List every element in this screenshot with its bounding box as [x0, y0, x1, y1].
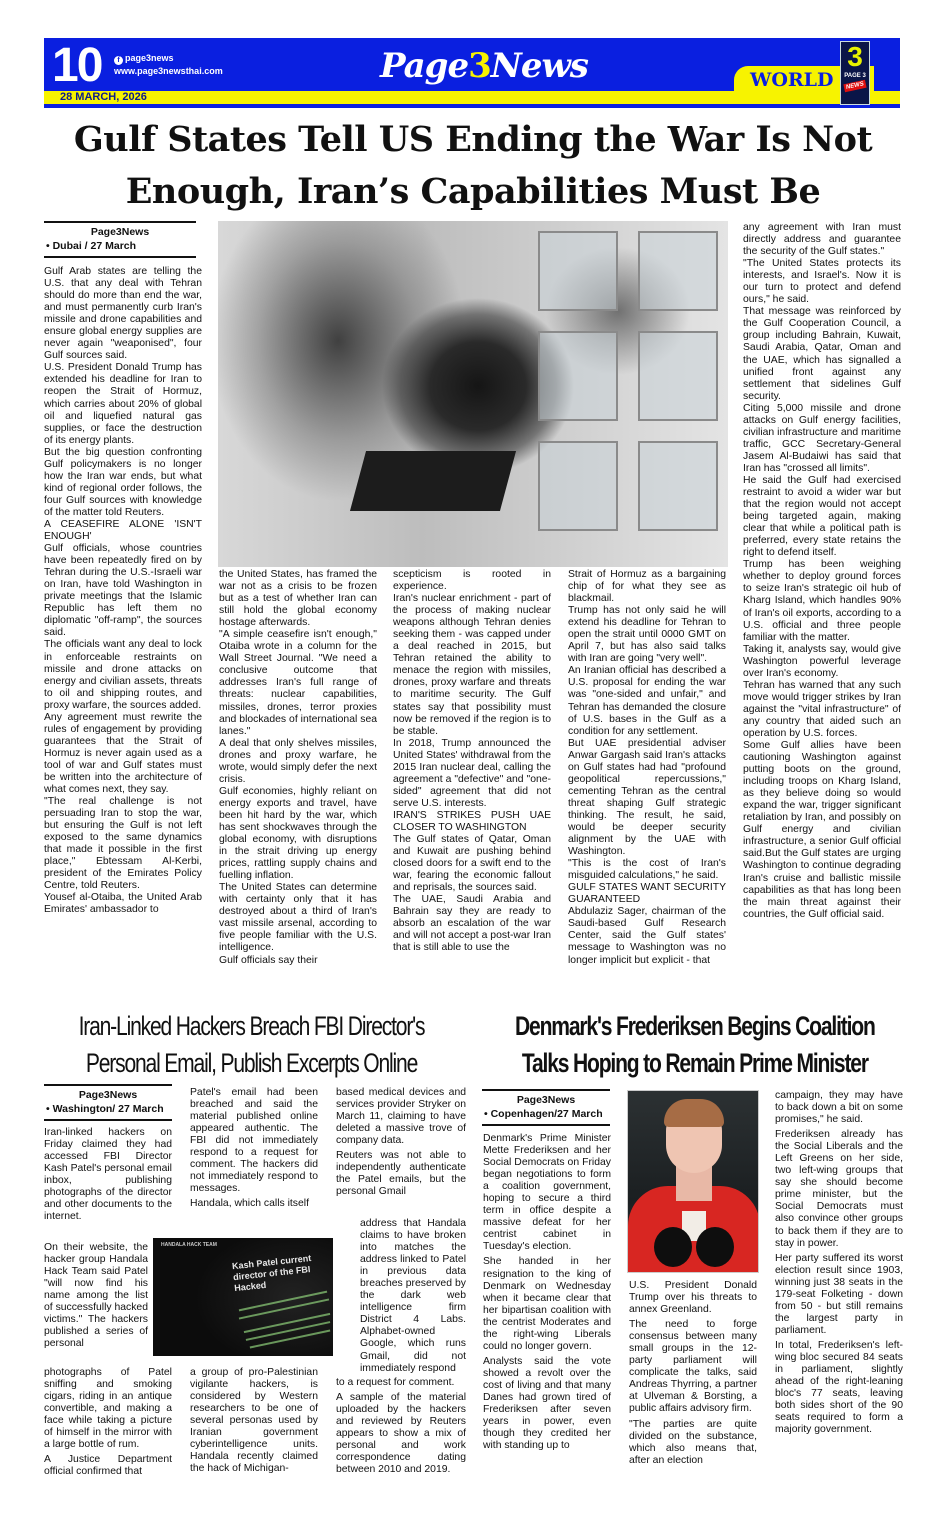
paragraph: "The real challenge is not persuading Ir… [44, 796, 202, 892]
paragraph: a group of pro-Palestinian vigilante hac… [190, 1367, 318, 1475]
paragraph: the United States, has framed the war no… [219, 569, 377, 629]
byline-source: Page3News [79, 1089, 137, 1101]
hack-column-3-top: based medical devices and services provi… [336, 1087, 466, 1198]
paragraph: Taking it, analysts say, would give Wash… [743, 644, 901, 680]
photo-window [638, 441, 718, 531]
byline-dateline: • Washington/ 27 March [44, 1102, 172, 1116]
lead-column-3: scepticism is rooted in experience. Iran… [393, 569, 551, 955]
photo-window [538, 231, 618, 311]
newspaper-logo: Page3News [380, 46, 588, 86]
photo-window [538, 331, 618, 421]
byline-source: Page3News [91, 226, 149, 238]
paragraph: The United States can determine with cer… [219, 882, 377, 954]
hack-column-2-bottom: a group of pro-Palestinian vigilante hac… [190, 1367, 318, 1475]
website-link[interactable]: www.page3newsthai.com [114, 65, 223, 78]
paragraph: An Iranian official has described a U.S.… [568, 665, 726, 737]
paragraph: any agreement with Iran must directly ad… [743, 222, 901, 258]
hack-headline-line1: Iran-Linked Hackers Breach FBI Director'… [44, 1008, 459, 1045]
paragraph: Gulf economies, highly reliant on energy… [219, 786, 377, 882]
paragraph: Abdulaziz Sager, chairman of the Saudi-b… [568, 906, 726, 966]
microphone-icon [696, 1227, 734, 1267]
paragraph: "This is the cost of Iran's misguided ca… [568, 858, 726, 882]
hack-column-1-top: Iran-linked hackers on Friday claimed th… [44, 1127, 172, 1223]
byline-dateline: • Dubai / 27 March [44, 239, 196, 253]
paragraph: Trump has not only said he will extend h… [568, 605, 726, 665]
lead-column-1: Gulf Arab states are telling the U.S. th… [44, 266, 202, 917]
paragraph: campaign, they may have to back down a b… [775, 1090, 903, 1126]
paragraph: Reuters was not able to independently au… [336, 1150, 466, 1198]
date-bar [44, 91, 900, 104]
lead-column-5: any agreement with Iran must directly ad… [743, 222, 901, 921]
paragraph: Any agreement must rewrite the rules of … [44, 712, 202, 796]
page3-badge-logo: 3 PAGE 3 NEWS [840, 41, 870, 105]
lead-headline-line1: Gulf States Tell US Ending the War Is No… [40, 114, 906, 166]
paragraph: U.S. President Donald Trump has extended… [44, 362, 202, 446]
photo-window [638, 331, 718, 421]
photo-hair [664, 1099, 724, 1127]
hack-column-1-bottom: photographs of Patel sniffing and smokin… [44, 1367, 172, 1478]
hack-headline: Iran-Linked Hackers Breach FBI Director'… [44, 1008, 459, 1082]
paragraph: "A simple ceasefire isn't enough," Otaib… [219, 629, 377, 737]
facebook-icon: f [114, 56, 123, 65]
paragraph: Frederiksen already has the Social Liber… [775, 1129, 903, 1249]
facebook-handle: page3news [125, 53, 174, 63]
paragraph: Handala, which calls itself [190, 1198, 318, 1210]
paragraph: A deal that only shelves missiles, drone… [219, 738, 377, 786]
paragraph: The Gulf states of Qatar, Oman and Kuwai… [393, 834, 551, 894]
paragraph: He said the Gulf had exercised restraint… [743, 475, 901, 559]
paragraph: to a request for comment. [336, 1377, 466, 1389]
badge-news: NEWS [843, 80, 866, 92]
page-number: 10 [52, 38, 101, 94]
photo-window [638, 231, 718, 311]
denmark-headline-line2: Talks Hoping to Remain Prime Minister [494, 1045, 896, 1082]
lead-column-4: Strait of Hormuz as a bargaining chip of… [568, 569, 726, 967]
lead-column-2: the United States, has framed the war no… [219, 569, 377, 967]
denmark-photo-frederiksen [627, 1090, 759, 1273]
paragraph: Strait of Hormuz as a bargaining chip of… [568, 569, 726, 605]
masthead: 10 fpage3news www.page3newsthai.com 28 M… [44, 38, 900, 108]
paragraph: The need to forge consensus between many… [629, 1319, 757, 1415]
paragraph: address that Handala claims to have brok… [360, 1218, 466, 1375]
social-links: fpage3news www.page3newsthai.com [114, 52, 223, 78]
issue-date: 28 MARCH, 2026 [60, 91, 147, 104]
hack-photo-screen: HANDALA HACK TEAM Kash Patel current dir… [153, 1238, 333, 1356]
hack-column-3-bottom: to a request for comment. A sample of th… [336, 1377, 466, 1476]
denmark-headline-line1: Denmark's Frederiksen Begins Coalition [494, 1008, 896, 1045]
photo-debris [350, 451, 516, 511]
paragraph: Gulf officials, whose countries have bee… [44, 543, 202, 639]
photo-title: Kash Patel current director of the FBI H… [232, 1251, 333, 1294]
hack-column-2-top: Patel's email had been breached and said… [190, 1087, 318, 1210]
denmark-column-1: Denmark's Prime Minister Mette Frederiks… [483, 1133, 611, 1452]
paragraph: Trump has been weighing whether to deplo… [743, 559, 901, 643]
paragraph: Analysts said the vote showed a revolt o… [483, 1356, 611, 1452]
paragraph: Denmark's Prime Minister Mette Frederiks… [483, 1133, 611, 1253]
denmark-column-2: U.S. President Donald Trump over his thr… [629, 1280, 757, 1467]
paragraph: Gulf officials say their [219, 955, 377, 967]
byline-dateline: • Copenhagen/27 March [482, 1107, 610, 1121]
paragraph: A sample of the material uploaded by the… [336, 1392, 466, 1476]
paragraph: She handed in her resignation to the kin… [483, 1256, 611, 1352]
subheading: IRAN'S STRIKES PUSH UAE CLOSER TO WASHIN… [393, 810, 551, 834]
paragraph: Patel's email had been breached and said… [190, 1087, 318, 1195]
paragraph: The officials want any deal to lock in e… [44, 639, 202, 711]
paragraph: On their website, the hacker group Handa… [44, 1242, 148, 1350]
paragraph: In 2018, Trump announced the United Stat… [393, 738, 551, 810]
byline-source: Page3News [517, 1094, 575, 1106]
section-label: WORLD [750, 68, 834, 92]
badge-number: 3 [841, 42, 869, 72]
masthead-rule [44, 104, 900, 108]
paragraph: Tehran has warned that any such move wou… [743, 680, 901, 740]
paragraph: "The parties are quite divided on the su… [629, 1419, 757, 1467]
paragraph: Her party suffered its worst election re… [775, 1253, 903, 1337]
logo-three: 3 [468, 46, 491, 86]
paragraph: scepticism is rooted in experience. [393, 569, 551, 593]
hack-byline: Page3News • Washington/ 27 March [44, 1084, 172, 1121]
logo-right: News [491, 46, 588, 86]
paragraph: A Justice Department official confirmed … [44, 1454, 172, 1478]
paragraph: Yousef al-Otaiba, the United Arab Emirat… [44, 892, 202, 916]
paragraph: Some Gulf allies have been cautioning Wa… [743, 740, 901, 921]
photo-window [538, 441, 618, 531]
paragraph: But UAE presidential adviser Anwar Garga… [568, 738, 726, 858]
subheading: A CEASEFIRE ALONE 'ISN'T ENOUGH' [44, 519, 202, 543]
paragraph: based medical devices and services provi… [336, 1087, 466, 1147]
denmark-column-3: campaign, they may have to back down a b… [775, 1090, 903, 1436]
hack-column-1-wrap: On their website, the hacker group Handa… [44, 1242, 148, 1350]
paragraph: The UAE, Saudi Arabia and Bahrain say th… [393, 894, 551, 954]
photo-text-line [250, 1329, 331, 1348]
paragraph: Citing 5,000 missile and drone attacks o… [743, 403, 901, 475]
paragraph: That message was reinforced by the Gulf … [743, 306, 901, 402]
paragraph: Gulf Arab states are telling the U.S. th… [44, 266, 202, 362]
denmark-byline: Page3News • Copenhagen/27 March [482, 1089, 610, 1126]
paragraph: In total, Frederiksen's left-wing bloc s… [775, 1340, 903, 1436]
paragraph: "The United States protects its interest… [743, 258, 901, 306]
paragraph: photographs of Patel sniffing and smokin… [44, 1367, 172, 1451]
paragraph: U.S. President Donald Trump over his thr… [629, 1280, 757, 1316]
lead-byline: Page3News • Dubai / 27 March [44, 221, 196, 258]
facebook-link[interactable]: fpage3news [114, 52, 223, 65]
lead-photo-damaged-building [218, 221, 728, 567]
subheading: GULF STATES WANT SECURITY GUARANTEED [568, 882, 726, 906]
photo-tag: HANDALA HACK TEAM [161, 1242, 217, 1248]
logo-left: Page [380, 46, 468, 86]
hack-column-3-wrap: address that Handala claims to have brok… [360, 1218, 466, 1375]
microphone-icon [654, 1227, 692, 1267]
denmark-headline: Denmark's Frederiksen Begins Coalition T… [494, 1008, 896, 1082]
hack-headline-line2: Personal Email, Publish Excerpts Online [44, 1045, 459, 1082]
paragraph: Iran's nuclear enrichment - part of the … [393, 593, 551, 738]
paragraph: But the big question confronting Gulf po… [44, 447, 202, 519]
paragraph: Iran-linked hackers on Friday claimed th… [44, 1127, 172, 1223]
